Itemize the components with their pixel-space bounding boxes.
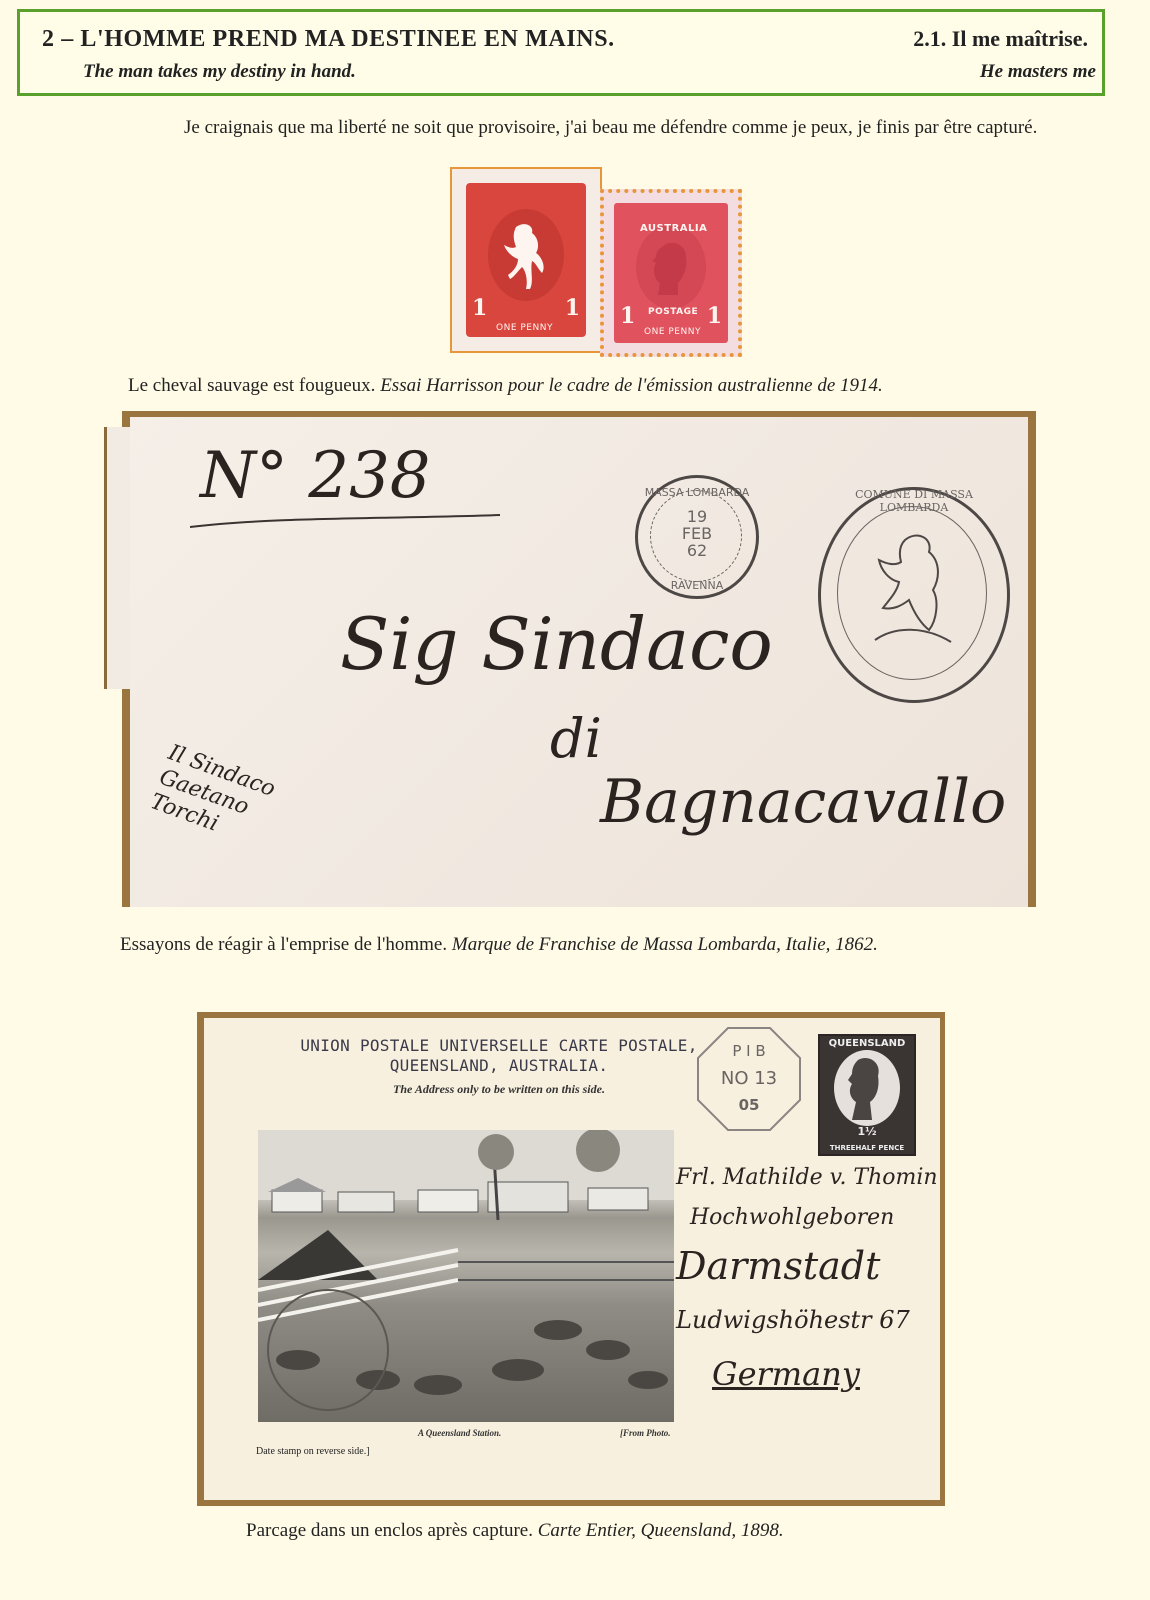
franchise-letter: N° 238 Sig Sindaco di Bagnacavallo Il Si… <box>130 417 1028 907</box>
letter-number: N° 238 <box>200 439 431 513</box>
caption-item3: Parcage dans un enclos après capture. Ca… <box>246 1520 784 1542</box>
page-title: 2 – L'HOMME PREND MA DESTINEE EN MAINS. <box>42 26 615 53</box>
photo-caption: A Queensland Station. <box>418 1428 501 1438</box>
caption-item1: Le cheval sauvage est fougueux. Essai Ha… <box>128 375 883 397</box>
section-title: 2.1. Il me maîtrise. <box>913 26 1088 52</box>
seal-comune-massa-lombarda: COMUNE DI MASSA LOMBARDA <box>818 487 1010 703</box>
flourish-line <box>190 507 510 537</box>
postmark-massa-lombarda: MASSA LOMBARDA 19 FEB 62 RAVENNA <box>635 475 759 599</box>
photo-credit: [From Photo. <box>620 1428 671 1438</box>
station-scene-illustration <box>258 1130 674 1422</box>
queensland-postcard: UNION POSTALE UNIVERSELLE CARTE POSTALE,… <box>204 1018 940 1500</box>
section-subtitle: He masters me <box>980 61 1096 83</box>
queensland-station-photo <box>258 1130 674 1422</box>
king-portrait-icon <box>648 239 694 297</box>
seal-horse-icon <box>865 530 961 660</box>
intro-text: Je craignais que ma liberté ne soit que … <box>184 114 1114 141</box>
handwritten-address: Frl. Mathilde v. Thomin Hochwohlgeboren … <box>676 1158 946 1402</box>
letter-city: Bagnacavallo <box>600 767 1006 837</box>
letter-addressee: Sig Sindaco <box>340 602 773 686</box>
stamp-pair: 1 1 ONE PENNY AUSTRALIA POSTAGE 1 1 ONE … <box>448 165 742 355</box>
page-subtitle: The man takes my destiny in hand. <box>83 61 356 83</box>
octagonal-postmark: P I B NO 13 05 <box>694 1024 804 1134</box>
letter-sender: Il Sindaco Gaetano Torchi <box>147 740 333 871</box>
queen-portrait-icon <box>834 1050 900 1126</box>
harrisson-essay-stamp: 1 1 ONE PENNY <box>450 167 602 353</box>
reverse-side-note: Date stamp on reverse side.] <box>256 1446 370 1457</box>
header-box: 2 – L'HOMME PREND MA DESTINEE EN MAINS. … <box>17 9 1105 96</box>
letter-di: di <box>550 707 602 770</box>
rearing-horse-icon <box>496 221 556 293</box>
caption-item2: Essayons de réagir à l'emprise de l'homm… <box>120 934 878 956</box>
queensland-stamp: QUEENSLAND 1½ THREEHALF PENCE <box>818 1034 916 1156</box>
kgv-penny-stamp: AUSTRALIA POSTAGE 1 1 ONE PENNY <box>600 189 742 357</box>
